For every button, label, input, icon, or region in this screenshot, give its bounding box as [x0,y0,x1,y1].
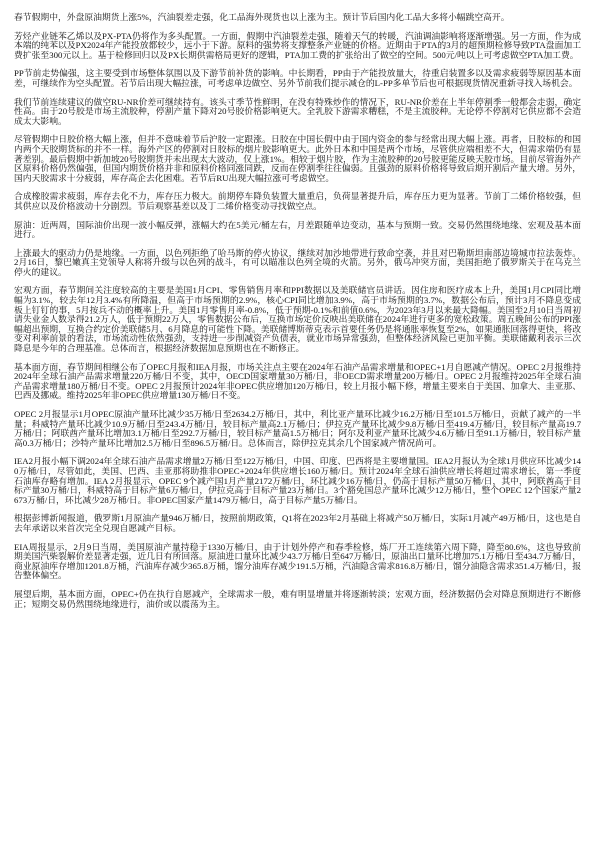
paragraph-russia-output: 根据彭博新闻报道，俄罗斯1月原油产量946万桶/日，按照前期政策，Q1将在202… [14,514,581,533]
paragraph-macro-cpi: 宏观方面，春节期间关注度较高的主要是美国1月CPI、零售销售月率和PPI数据以及… [14,286,581,353]
paragraph-outlook: 展望后期，基本面方面，OPEC+仍在执行自愿减产，全球需求一般，难有明显增量并将… [14,590,581,609]
paragraph-opec-production: OPEC 2月报显示1月OPEC原油产量环比减少35万桶/日至2634.2万桶/… [14,410,581,448]
paragraph-iea-report: IEA2月报小幅下调2024年全球石油产品需求增量2万桶/日至122万桶/日，中… [14,457,581,505]
paragraph-ru-nr-spread: 我们节前连续建议的做空RU-NR价差可继续持有。该头寸季节性鲜明，在没有特殊炒作… [14,98,581,127]
paragraph-holiday-overview: 春节假期中，外盘原油期货上涨5%，汽油裂差走强，化工品海外现货也以上涨为主。预计… [14,13,581,23]
document-body: 春节假期中，外盘原油期货上涨5%，汽油裂差走强，化工品海外现货也以上涨为主。预计… [14,13,581,609]
paragraph-aromatics-px-pta: 芳烃产业链苯乙烯以及PX-PTA仍将作为多头配置。一方面，假期中汽油裂差走强，随… [14,32,581,61]
document-page: 春节假期中，外盘原油期货上涨5%，汽油裂差走强，化工品海外现货也以上涨为主。预计… [0,0,595,842]
paragraph-japan-rubber: 尽管假期中日胶价格大幅上涨，但并不意味着节后沪胶一定跟涨。日胶在中国长假中由于国… [14,135,581,183]
paragraph-pp-outlook: PP节前走势偏强，这主要受到市场整体氛围以及下游节前补货的影响。中长期看，PP由… [14,69,581,88]
paragraph-opec-iea-reports: 基本面方面，春节期间相继公布了OPEC月报和IEA月报，市场关注点主要在2024… [14,363,581,401]
paragraph-crude-intro: 原油：近两周，国际油价出现一波小幅反弹，涨幅大约在5美元/桶左右，月差跟随单边变… [14,221,581,240]
paragraph-geopolitics: 上涨最大的驱动力仍是地缘。一方面，以色列拒绝了哈马斯的停火协议，继续对加沙地带进… [14,249,581,278]
paragraph-synthetic-rubber: 合成橡胶需求疲弱，库存去化不力，库存压力极大。前期停车降负装置大量重启，负荷显著… [14,192,581,211]
paragraph-eia-weekly: EIA周报显示，2月9日当周，美国原油产量持稳于1330万桶/日，由于计划外停产… [14,543,581,581]
